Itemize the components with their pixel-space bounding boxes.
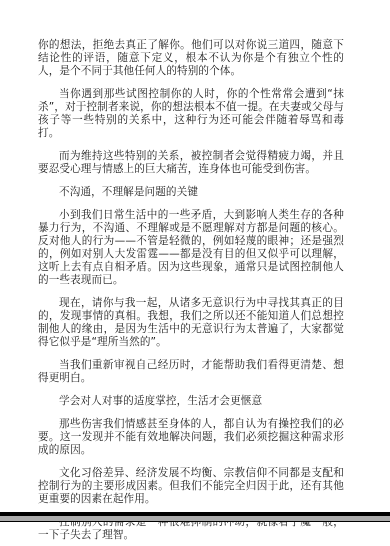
paragraph: 你的想法，拒绝去真正了解你。他们可以对你说三道四，随意下结论性的评语，随意下定义… — [38, 39, 344, 78]
paragraph: 现在，请你与我一起，从诸多无意识行为中寻找其真正的目的，发现事情的真相。我想，我… — [38, 297, 344, 349]
paragraph: 那些伤害我们情感甚至身体的人，都自认为有操控我们的必要。这一发现并不能有效地解决… — [38, 418, 344, 457]
paragraph: 文化习俗差异、经济发展不均衡、宗教信仰不同都是支配和控制行为的主要形成因素。但我… — [38, 467, 344, 506]
page-bottom-line — [0, 521, 390, 522]
section-heading: 不沟通，不理解是问题的关键 — [38, 186, 344, 199]
document-page: 你的想法，拒绝去真正了解你。他们可以对你说三道四，随意下结论性的评语，随意下定义… — [38, 39, 344, 546]
paragraph: 当你遇到那些试图控制你的人时，你的个性常常会遭到“抹杀”，对于控制者来说，你的想… — [38, 88, 344, 140]
section-heading: 学会对人对事的适度掌控，生活才会更惬意 — [38, 395, 344, 408]
paragraph: 当我们重新审视自己经历时，才能帮助我们看得更清楚、想得更明白。 — [38, 359, 344, 385]
paragraph: 小到我们日常生活中的一些矛盾，大到影响人类生存的各种暴力行为，不沟通、不理解或是… — [38, 209, 344, 287]
paragraph: 而为维持这些特别的关系，被控制者会觉得精疲力竭，并且要忍受心理与情感上的巨大痛苦… — [38, 150, 344, 176]
